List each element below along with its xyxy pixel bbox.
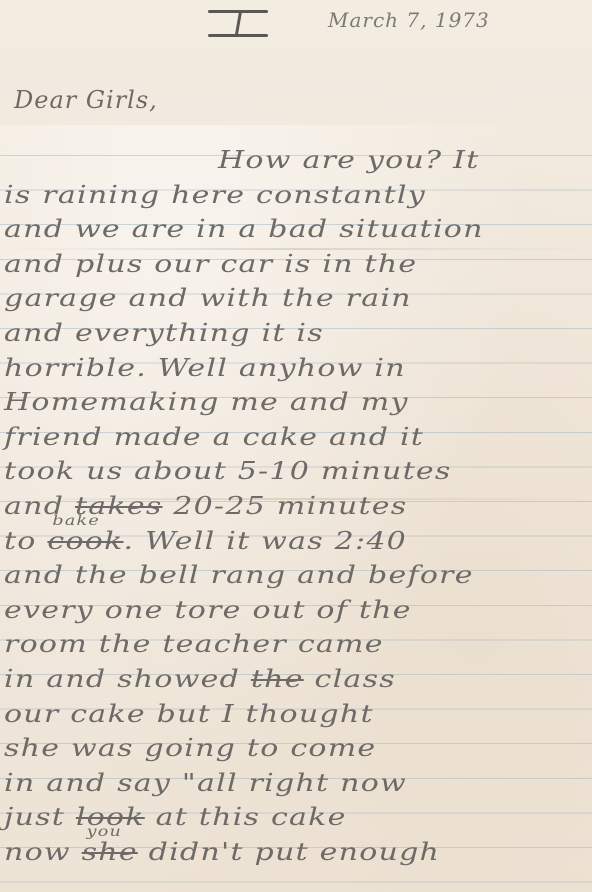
struck-word: cookbake	[47, 527, 123, 555]
letter-line: room the teacher came	[4, 630, 384, 658]
letter-line: and everything it is	[4, 319, 324, 347]
letter-page: I March 7, 1973 Dear Girls, How are you?…	[0, 0, 592, 892]
letter-line: she was going to come	[4, 734, 376, 762]
letter-greeting: Dear Girls,	[14, 86, 158, 114]
letter-line: horrible. Well anyhow in	[4, 354, 406, 382]
letter-line: is raining here constantly	[4, 181, 426, 209]
letter-line: and we are in a bad situation	[4, 215, 484, 243]
page-number-mark: I	[208, 8, 268, 38]
letter-line: in and say "all right now	[4, 769, 407, 797]
letter-date: March 7, 1973	[328, 8, 490, 32]
letter-line: and the bell rang and before	[4, 561, 474, 589]
struck-word: the	[251, 665, 304, 693]
letter-line: just look at this cake	[4, 803, 347, 831]
letter-line: friend made a cake and it	[4, 423, 424, 451]
letter-line: to cookbake. Well it was 2:40	[4, 527, 407, 555]
letter-line: garage and with the rain	[4, 284, 412, 312]
inserted-word: you	[87, 824, 122, 840]
letter-line: How are you? It	[218, 146, 480, 174]
inserted-word: bake	[52, 513, 100, 529]
letter-line: Homemaking me and my	[4, 388, 409, 416]
letter-line: took us about 5-10 minutes	[4, 457, 452, 485]
letter-line: in and showed the class	[4, 665, 396, 693]
letter-line: and plus our car is in the	[4, 250, 417, 278]
letter-line: our cake but I thought	[4, 700, 374, 728]
letter-line: every one tore out of the	[4, 596, 412, 624]
letter-line: now sheyou didn't put enough	[4, 838, 440, 866]
struck-word: sheyou	[82, 838, 138, 866]
